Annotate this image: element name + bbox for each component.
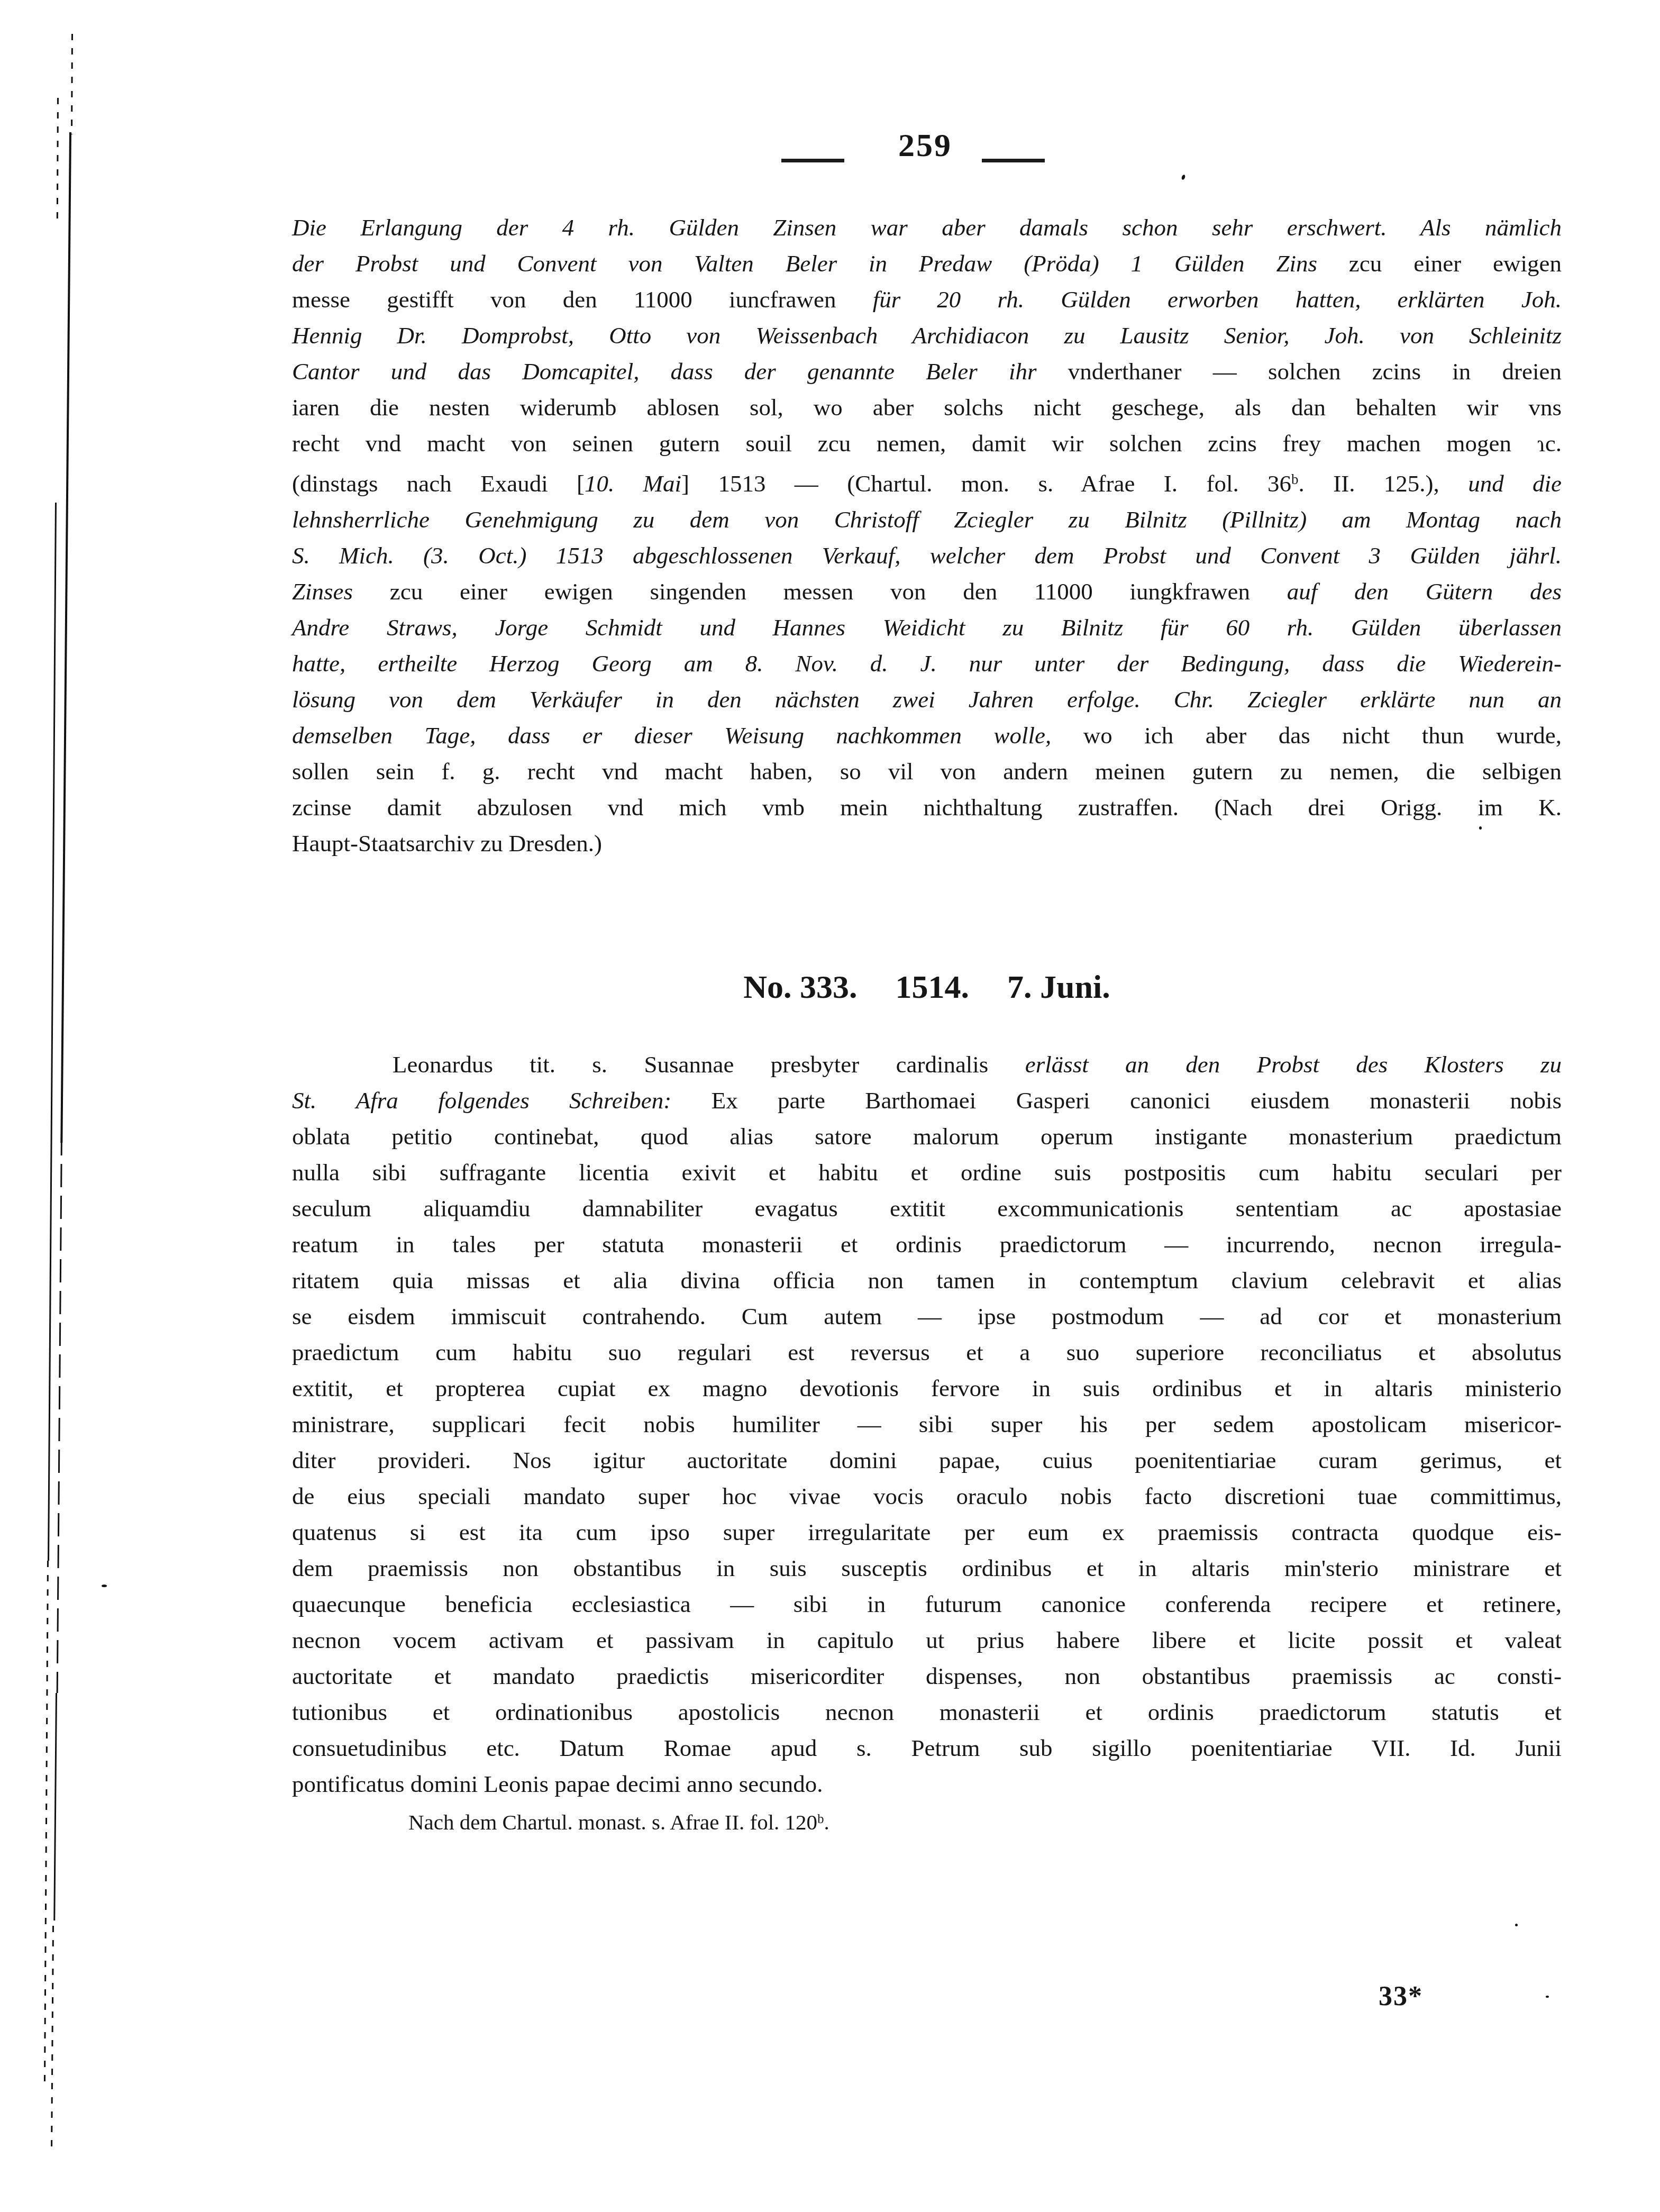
entry-number: No. 333. <box>743 969 857 1005</box>
text-line: praedictum cum habitu suo regulari est r… <box>292 1334 1562 1370</box>
text-line: ministrare, supplicari fecit nobis humil… <box>292 1406 1562 1442</box>
text-run: tutionibus et ordinationibus apostolicis… <box>292 1699 1562 1725</box>
text-run-italic: Zinses <box>292 578 390 605</box>
scan-artifact-line <box>48 503 57 1561</box>
text-line: recht vnd macht von seinen gutern souil … <box>292 425 1562 461</box>
text-run: . <box>824 1810 829 1834</box>
text-line: St. Afra folgendes Schreiben: Ex parte B… <box>292 1082 1562 1118</box>
text-line: dem praemissis non obstantibus in suis s… <box>292 1550 1562 1586</box>
text-run: ] 1513 — (Chartul. mon. s. Afrae I. fol.… <box>681 470 1291 497</box>
text-run-italic: lösung von dem Verkäufer in den nächsten… <box>292 686 1562 713</box>
text-line: Haupt-Staatsarchiv zu Dresden.) <box>292 825 1562 861</box>
source-footnote: Nach dem Chartul. monast. s. Afrae II. f… <box>408 1809 829 1835</box>
text-run-italic: Hennig Dr. Domprobst, Otto von Weissenba… <box>292 322 1562 349</box>
text-line: demselben Tage, dass er dieser Weisung n… <box>292 717 1562 753</box>
text-run-italic: Andre Straws, Jorge Schmidt und Hannes W… <box>292 614 1562 641</box>
text-line: diter provideri. Nos igitur auctoritate … <box>292 1442 1562 1478</box>
text-line: consuetudinibus etc. Datum Romae apud s.… <box>292 1730 1562 1766</box>
text-line: reatum in tales per statuta monasterii e… <box>292 1226 1562 1262</box>
text-run: . II. 125.), <box>1299 470 1469 497</box>
text-line: Zinses zcu einer ewigen singenden messen… <box>292 574 1562 609</box>
text-run: Ex parte Barthomaei Gasperi canonici eiu… <box>712 1087 1562 1114</box>
printer-signature: 33* <box>1379 1981 1423 2012</box>
text-run: zcu einer ewigen <box>1349 250 1562 277</box>
header-dash-left <box>781 159 844 162</box>
text-run: (dinstags nach Exaudi [ <box>292 470 585 497</box>
text-line: lösung von dem Verkäufer in den nächsten… <box>292 681 1562 717</box>
text-run: reatum in tales per statuta monasterii e… <box>292 1231 1562 1258</box>
text-line: messe gestifft von den 11000 iuncfrawen … <box>292 281 1562 317</box>
text-run: seculum aliquamdiu damnabiliter evagatus… <box>292 1195 1562 1222</box>
text-run-italic: für 20 rh. Gülden erworben hatten, erklä… <box>873 286 1562 313</box>
scan-artifact-line <box>60 132 71 1143</box>
text-run: nulla sibi suffragante licentia exivit e… <box>292 1159 1562 1186</box>
text-run-italic: demselben Tage, dass er dieser Weisung n… <box>292 722 1083 749</box>
text-run: oblata petitio continebat, quod alias sa… <box>292 1123 1562 1150</box>
text-line: der Probst und Convent von Valten Beler … <box>292 245 1562 281</box>
text-line: lehnsherrliche Genehmigung zu dem von Ch… <box>292 502 1562 538</box>
text-line: tutionibus et ordinationibus apostolicis… <box>292 1694 1562 1730</box>
text-run: recht vnd macht von seinen gutern souil … <box>292 430 1562 457</box>
text-line: zcinse damit abzulosen vnd mich vmb mein… <box>292 789 1562 825</box>
text-line: pontificatus domini Leonis papae decimi … <box>292 1766 1562 1802</box>
text-run: diter provideri. Nos igitur auctoritate … <box>292 1447 1562 1473</box>
ink-speck <box>1181 174 1185 180</box>
text-run: extitit, et propterea cupiat ex magno de… <box>292 1375 1562 1401</box>
text-line: quaecunque beneficia ecclesiastica — sib… <box>292 1586 1562 1622</box>
text-run-italic: S. Mich. (3. Oct.) 1513 abgeschlossenen … <box>292 542 1562 569</box>
scanned-book-page: { "page": { "number": "259", "signature"… <box>0 0 1660 2212</box>
text-run: necnon vocem activam et passivam in capi… <box>292 1627 1562 1653</box>
ink-speck <box>1546 1996 1549 1998</box>
text-run-italic: der Probst und Convent von Valten Beler … <box>292 250 1349 277</box>
scan-artifact-line <box>71 34 73 134</box>
text-line: Die Erlangung der 4 rh. Gülden Zinsen wa… <box>292 210 1562 245</box>
entry-heading: No. 333. 1514. 7. Juni. <box>292 969 1562 1005</box>
entry-year: 1514. <box>896 969 970 1005</box>
ink-speck <box>102 1585 107 1587</box>
page-number: 259 <box>898 129 952 162</box>
text-run: praedictum cum habitu suo regulari est r… <box>292 1339 1562 1366</box>
text-line: oblata petitio continebat, quod alias sa… <box>292 1118 1562 1154</box>
scan-artifact-line <box>57 1132 62 1693</box>
text-line: ritatem quia missas et alia divina offic… <box>292 1262 1562 1298</box>
text-line: (dinstags nach Exaudi [10. Mai] 1513 — (… <box>292 461 1562 502</box>
text-run: messe gestifft von den 11000 iuncfrawen <box>292 286 873 313</box>
scan-artifact-line <box>53 1693 57 1920</box>
text-run: quatenus si est ita cum ipso super irreg… <box>292 1519 1562 1545</box>
text-line: nulla sibi suffragante licentia exivit e… <box>292 1154 1562 1190</box>
text-line: extitit, et propterea cupiat ex magno de… <box>292 1370 1562 1406</box>
text-run: vnderthaner — solchen zcins in dreien <box>1068 358 1562 385</box>
text-run: iaren die nesten widerumb ablosen sol, w… <box>292 394 1562 421</box>
text-line: auctoritate et mandato praedictis miseri… <box>292 1658 1562 1694</box>
text-run-italic: auf den Gütern des <box>1287 578 1562 605</box>
text-line: hatte, ertheilte Herzog Georg am 8. Nov.… <box>292 645 1562 681</box>
text-line: se eisdem immiscuit contrahendo. Cum aut… <box>292 1298 1562 1334</box>
text-run: se eisdem immiscuit contrahendo. Cum aut… <box>292 1303 1562 1330</box>
text-line: de eius speciali mandato super hoc vivae… <box>292 1478 1562 1514</box>
text-run: Nach dem Chartul. monast. s. Afrae II. f… <box>408 1810 817 1834</box>
text-run-italic: 10. Mai <box>585 470 681 497</box>
text-line: seculum aliquamdiu damnabiliter evagatus… <box>292 1190 1562 1226</box>
text-run-superscript: b <box>817 1812 824 1826</box>
text-run-italic: hatte, ertheilte Herzog Georg am 8. Nov.… <box>292 650 1562 677</box>
scan-artifact-line <box>57 98 59 220</box>
text-run-italic: lehnsherrliche Genehmigung zu dem von Ch… <box>292 506 1562 533</box>
text-line: Cantor und das Domcapitel, dass der gena… <box>292 353 1562 389</box>
entry-date: 7. Juni. <box>1007 969 1110 1005</box>
text-line: sollen sein f. g. recht vnd macht haben,… <box>292 753 1562 789</box>
text-run-italic: Cantor und das Domcapitel, dass der gena… <box>292 358 1068 385</box>
text-run: sollen sein f. g. recht vnd macht haben,… <box>292 758 1562 785</box>
header-dash-right <box>982 159 1045 162</box>
text-run-italic: erlässt an den Probst des Klosters zu <box>1025 1051 1562 1078</box>
paragraph-entry-333: Leonardus tit. s. Susannae presbyter car… <box>292 1046 1562 1802</box>
text-line: S. Mich. (3. Oct.) 1513 abgeschlossenen … <box>292 538 1562 574</box>
ink-speck <box>1479 826 1482 830</box>
text-line: quatenus si est ita cum ipso super irreg… <box>292 1514 1562 1550</box>
text-run: Haupt-Staatsarchiv zu Dresden.) <box>292 830 602 857</box>
text-run: pontificatus domini Leonis papae decimi … <box>292 1771 823 1797</box>
scan-artifact-line <box>51 1926 54 2153</box>
text-run: zcu einer ewigen singenden messen von de… <box>390 578 1287 605</box>
text-run-italic: St. Afra folgendes Schreiben: <box>292 1087 712 1114</box>
text-line: Hennig Dr. Domprobst, Otto von Weissenba… <box>292 317 1562 353</box>
text-run-superscript: b <box>1291 471 1299 487</box>
ink-speck <box>1515 1924 1518 1926</box>
text-run: Leonardus tit. s. Susannae presbyter car… <box>393 1051 1025 1078</box>
text-run: dem praemissis non obstantibus in suis s… <box>292 1555 1562 1581</box>
text-run: ministrare, supplicari fecit nobis humil… <box>292 1411 1562 1437</box>
text-line: Andre Straws, Jorge Schmidt und Hannes W… <box>292 609 1562 645</box>
text-run: wo ich aber das nicht thun wurde, <box>1083 722 1562 749</box>
text-run-italic: Die Erlangung der 4 rh. Gülden Zinsen wa… <box>292 214 1562 241</box>
text-run-italic: und die <box>1468 470 1562 497</box>
text-run: ritatem quia missas et alia divina offic… <box>292 1267 1562 1294</box>
paragraph-regest-1513: Die Erlangung der 4 rh. Gülden Zinsen wa… <box>292 210 1562 861</box>
text-run: quaecunque beneficia ecclesiastica — sib… <box>292 1591 1562 1617</box>
text-run: zcinse damit abzulosen vnd mich vmb mein… <box>292 794 1562 821</box>
text-line: necnon vocem activam et passivam in capi… <box>292 1622 1562 1658</box>
text-line: iaren die nesten widerumb ablosen sol, w… <box>292 389 1562 425</box>
text-run: de eius speciali mandato super hoc vivae… <box>292 1483 1562 1509</box>
scan-artifact-line <box>44 1561 49 2084</box>
text-run: consuetudinibus etc. Datum Romae apud s.… <box>292 1735 1562 1761</box>
text-run: auctoritate et mandato praedictis miseri… <box>292 1663 1562 1689</box>
text-line: Leonardus tit. s. Susannae presbyter car… <box>292 1046 1562 1082</box>
